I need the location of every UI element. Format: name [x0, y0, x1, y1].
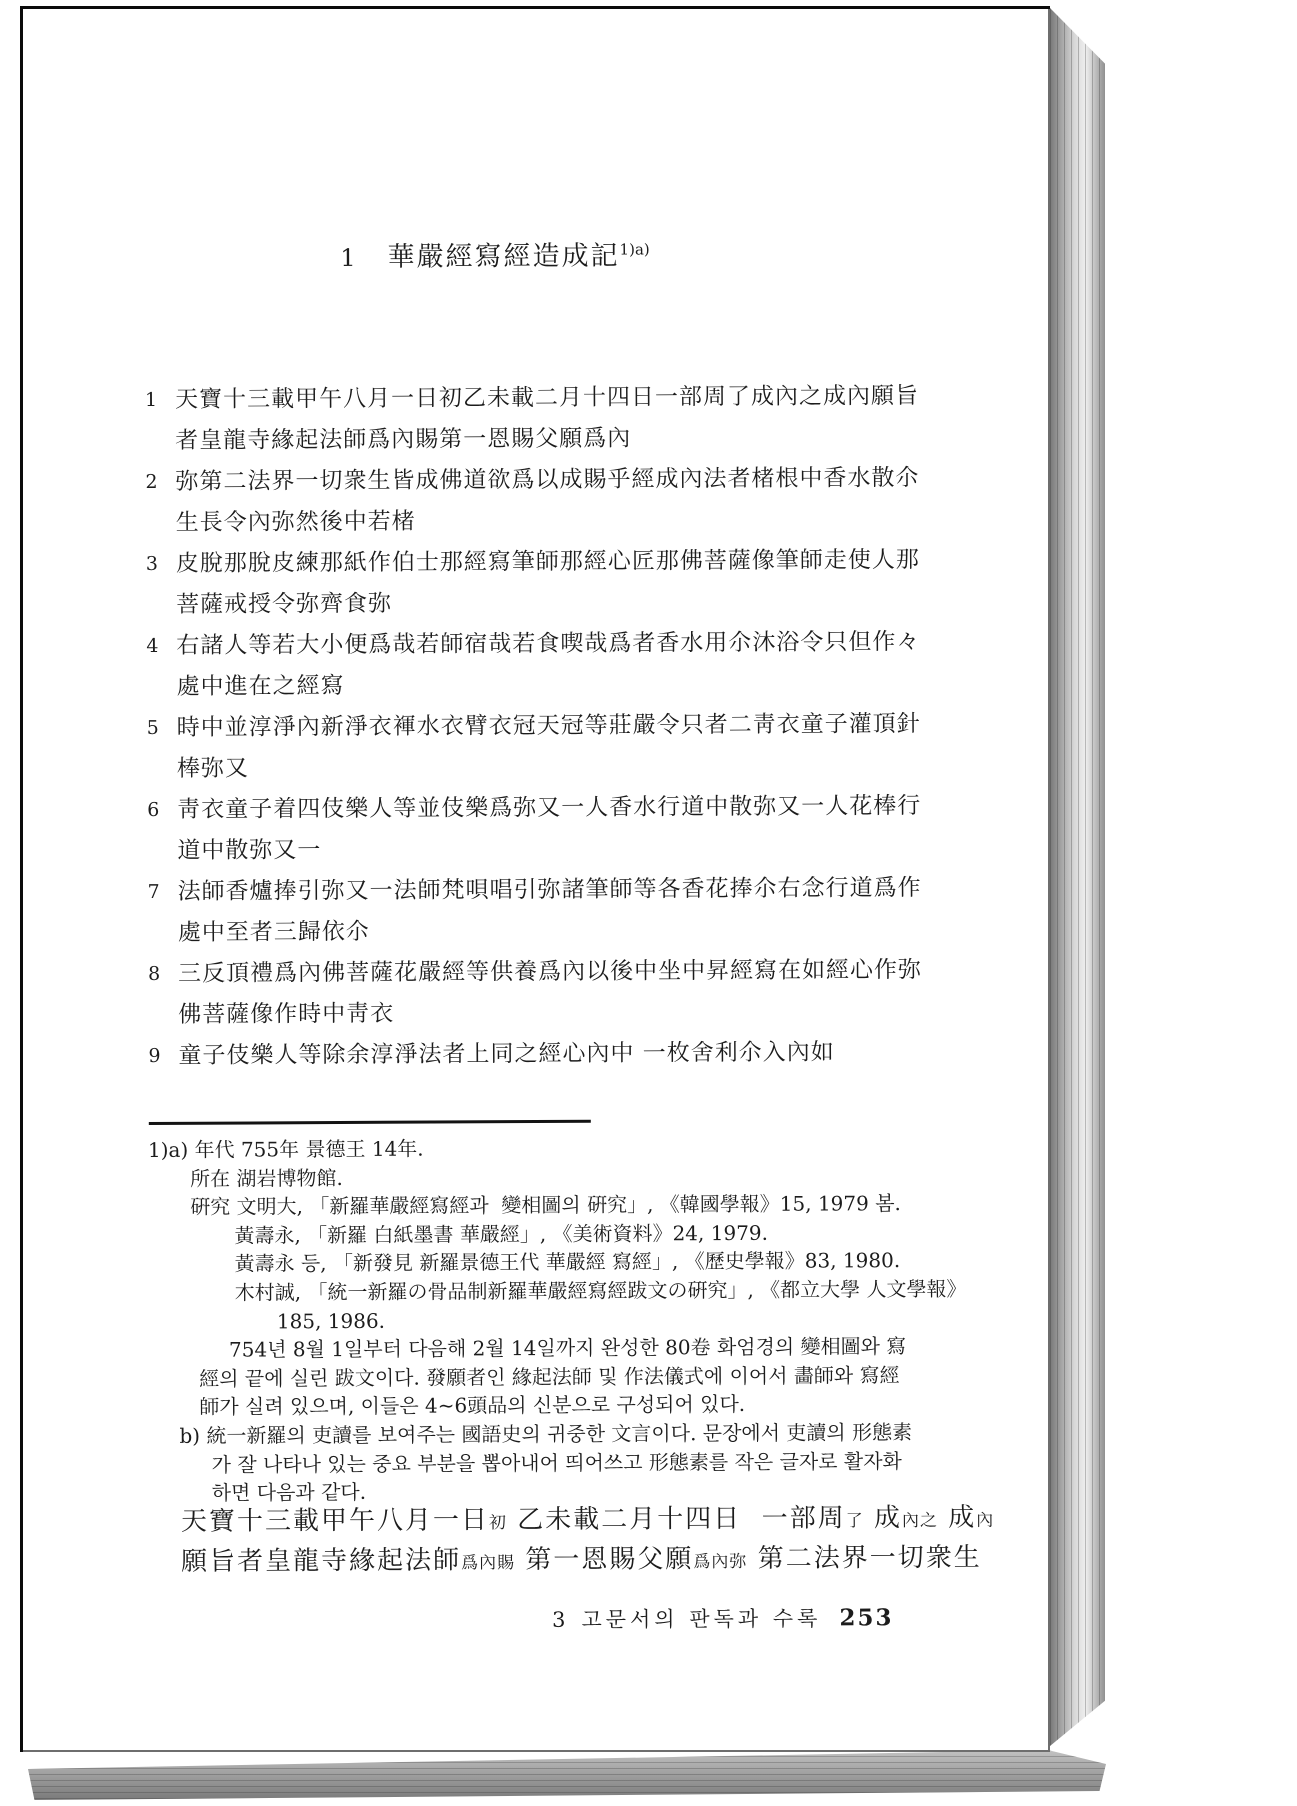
title-footnote-marker: 1)a): [619, 240, 649, 258]
entry-line: 皮脫那脫皮練那紙作伯士那經寫筆師那經心匠那佛菩薩像筆師走使人那: [176, 540, 946, 585]
entry-line: 棒弥又: [177, 745, 947, 790]
example-line: 天寶十三載甲午八月一日初 乙未載二月十四日 一部周了 成內之 成內: [181, 1499, 1061, 1544]
entry-number: 6: [147, 790, 177, 872]
entry-6: 6靑衣童子着四伎樂人等並伎樂爲弥又一人香水行道中散弥又一人花棒行道中散弥又一: [147, 786, 947, 872]
entry-lines: 靑衣童子着四伎樂人等並伎樂爲弥又一人香水行道中散弥又一人花棒行道中散弥又一: [177, 786, 947, 872]
entry-line: 時中並淳淨內新淨衣褌水衣臂衣冠天冠等莊嚴令只者二靑衣童子灌頂針: [177, 704, 947, 749]
entry-line: 佛菩薩像作時中靑衣: [178, 991, 948, 1036]
idu-morpheme-small: 了: [846, 1511, 864, 1531]
entry-lines: 皮脫那脫皮練那紙作伯士那經寫筆師那經心匠那佛菩薩像筆師走使人那菩薩戒授令弥齊食弥: [176, 540, 946, 626]
entry-number: 5: [147, 708, 177, 790]
entry-line: 右諸人等若大小便爲哉若師宿哉若食喫哉爲者香水用尒沐浴令只但作々: [176, 622, 946, 667]
entry-7: 7法師香爐捧引弥又一法師梵唄唱引弥諸筆師等各香花捧尒右念行道爲作處中至者三歸依尒: [148, 868, 948, 954]
example-text: 第一恩賜父願: [515, 1544, 693, 1575]
footnote-line: b) 統一新羅의 吏讀를 보여주는 國語史의 귀중한 文言이다. 문장에서 吏讀…: [179, 1417, 1029, 1450]
idu-morpheme-small: 爲內弥: [693, 1552, 747, 1572]
footnotes: 1)a) 年代 755年 景德王 14年.所在 湖岩博物館.硏究 文明大, 「新…: [148, 1131, 1030, 1507]
entry-number: 1: [145, 380, 175, 462]
entry-line: 三反頂禮爲內佛菩薩花嚴經等供養爲內以後中坐中昇經寫在如經心作弥: [178, 950, 948, 995]
example-text: 願旨者皇龍寺緣起法師: [181, 1545, 461, 1576]
entry-line: 者皇龍寺緣起法師爲內賜第一恩賜父願爲內: [175, 417, 945, 462]
entry-4: 4右諸人等若大小便爲哉若師宿哉若食喫哉爲者香水用尒沐浴令只但作々處中進在之經寫: [146, 622, 946, 708]
footnote-line: 754년 8월 1일부터 다음해 2월 14일까지 완성한 80卷 화엄경의 變…: [229, 1332, 1029, 1365]
entry-line: 弥第二法界一切衆生皆成佛道欲爲以成賜乎經成內法者楮根中香水散尒: [175, 458, 945, 503]
entry-line: 生長令內弥然後中若楮: [176, 499, 946, 544]
idu-example-block: 天寶十三載甲午八月一日初 乙未載二月十四日 一部周了 成內之 成內願旨者皇龍寺緣…: [181, 1499, 1061, 1584]
idu-morpheme-small: 初: [489, 1513, 507, 1533]
entry-line: 處中進在之經寫: [176, 663, 946, 708]
entry-line: 天寶十三載甲午八月一日初乙未載二月十四日一部周了成內之成內願旨: [175, 376, 945, 421]
title-section-number: 1: [340, 244, 357, 272]
book-page-stack-right-edge: [1050, 8, 1105, 1746]
running-footer: 3고문서의 판독과 수록253: [493, 1602, 893, 1634]
scanned-book-page: 1華嚴經寫經造成記1)a) 1天寶十三載甲午八月一日初乙未載二月十四日一部周了成…: [0, 0, 1297, 1806]
footnote-line: 木村誠, 「統一新羅の骨品制新羅華嚴經寫經跋文の硏究」, 《都立大學 人文學報》: [235, 1274, 1029, 1307]
example-text: 成: [938, 1503, 976, 1533]
entry-2: 2弥第二法界一切衆生皆成佛道欲爲以成賜乎經成內法者楮根中香水散尒生長令內弥然後中…: [145, 458, 945, 544]
entry-line: 法師香爐捧引弥又一法師梵唄唱引弥諸筆師等各香花捧尒右念行道爲作: [178, 868, 948, 913]
entry-line: 處中至者三歸依尒: [178, 909, 948, 954]
footer-page-number: 253: [839, 1604, 893, 1631]
entry-5: 5時中並淳淨內新淨衣褌水衣臂衣冠天冠等莊嚴令只者二靑衣童子灌頂針棒弥又: [147, 704, 947, 790]
footnote-line: 黃壽永, 「新羅 白紙墨書 華嚴經」, 《美術資料》24, 1979.: [234, 1217, 1028, 1250]
entry-number: 4: [146, 626, 176, 708]
entry-lines: 法師香爐捧引弥又一法師梵唄唱引弥諸筆師等各香花捧尒右念行道爲作處中至者三歸依尒: [178, 868, 948, 954]
book-page-stack-bottom-edge: [28, 1750, 1106, 1800]
idu-morpheme-small: 爲內賜: [461, 1553, 515, 1573]
page-content: 1華嚴經寫經造成記1)a) 1天寶十三載甲午八月一日初乙未載二月十四日一部周了成…: [15, 3, 1054, 1754]
entry-number: 7: [148, 872, 178, 954]
footnote-line: 經의 끝에 실린 跋文이다. 發願者인 緣起法師 및 作法儀式에 이어서 畵師와…: [199, 1360, 1029, 1393]
entry-line: 童子伎樂人等除余淳淨法者上同之經心內中 一枚舍利尒入內如: [178, 1032, 948, 1077]
entry-number: 8: [148, 954, 178, 1036]
entry-number: 3: [146, 544, 176, 626]
entry-3: 3皮脫那脫皮練那紙作伯士那經寫筆師那經心匠那佛菩薩像筆師走使人那菩薩戒授令弥齊食…: [146, 540, 946, 626]
example-text: 乙未載二月十四日 一部周: [507, 1503, 846, 1535]
entry-8: 8三反頂禮爲內佛菩薩花嚴經等供養爲內以後中坐中昇經寫在如經心作弥佛菩薩像作時中靑…: [148, 950, 948, 1036]
example-text: 第二法界一切衆生: [747, 1543, 981, 1574]
entry-9: 9童子伎樂人等除余淳淨法者上同之經心內中 一枚舍利尒入內如: [148, 1032, 948, 1077]
footnote-rule: [149, 1120, 591, 1125]
footnote-line: 1)a) 年代 755年 景德王 14年.: [148, 1131, 1028, 1164]
entry-number: 9: [148, 1036, 178, 1077]
page: 1華嚴經寫經造成記1)a) 1天寶十三載甲午八月一日初乙未載二月十四日一部周了成…: [20, 6, 1050, 1752]
footnote-line: 所在 湖岩博物館.: [190, 1160, 1028, 1193]
entry-lines: 童子伎樂人等除余淳淨法者上同之經心內中 一枚舍利尒入內如: [178, 1032, 948, 1077]
example-line: 願旨者皇龍寺緣起法師爲內賜 第一恩賜父願爲內弥 第二法界一切衆生: [181, 1539, 1061, 1584]
entry-lines: 天寶十三載甲午八月一日初乙未載二月十四日一部周了成內之成內願旨者皇龍寺緣起法師爲…: [175, 376, 945, 462]
footnote-line: 가 잘 나타나 있는 중요 부분을 뽑아내어 띄어쓰고 形態素를 작은 글자로 …: [212, 1446, 1030, 1479]
entry-line: 道中散弥又一: [177, 827, 947, 872]
title-text: 華嚴經寫經造成記: [387, 241, 619, 273]
entry-number: 2: [145, 462, 175, 544]
idu-morpheme-small: 內之: [902, 1511, 938, 1531]
footer-section-title: 고문서의 판독과 수록: [581, 1607, 821, 1632]
page-title: 1華嚴經寫經造成記1)a): [340, 233, 650, 274]
entry-1: 1天寶十三載甲午八月一日初乙未載二月十四日一部周了成內之成內願旨者皇龍寺緣起法師…: [145, 376, 945, 462]
footnote-line: 185, 1986.: [277, 1303, 1029, 1336]
footer-section-number: 3: [552, 1608, 566, 1632]
footnote-line: 師가 실려 있으며, 이들은 4~6頭品의 신분으로 구성되어 있다.: [199, 1389, 1029, 1422]
idu-morpheme-small: 內: [976, 1511, 994, 1531]
entry-lines: 弥第二法界一切衆生皆成佛道欲爲以成賜乎經成內法者楮根中香水散尒生長令內弥然後中若…: [175, 458, 945, 544]
entry-lines: 右諸人等若大小便爲哉若師宿哉若食喫哉爲者香水用尒沐浴令只但作々處中進在之經寫: [176, 622, 946, 708]
entry-lines: 三反頂禮爲內佛菩薩花嚴經等供養爲內以後中坐中昇經寫在如經心作弥佛菩薩像作時中靑衣: [178, 950, 948, 1036]
footnote-line: 硏究 文明大, 「新羅華嚴經寫經과 變相圖의 硏究」, 《韓國學報》15, 19…: [190, 1189, 1028, 1222]
entry-line: 菩薩戒授令弥齊食弥: [176, 581, 946, 626]
transcription-entries: 1天寶十三載甲午八月一日初乙未載二月十四日一部周了成內之成內願旨者皇龍寺緣起法師…: [145, 376, 949, 1077]
example-text: 成: [864, 1503, 902, 1533]
entry-line: 靑衣童子着四伎樂人等並伎樂爲弥又一人香水行道中散弥又一人花棒行: [177, 786, 947, 831]
entry-lines: 時中並淳淨內新淨衣褌水衣臂衣冠天冠等莊嚴令只者二靑衣童子灌頂針棒弥又: [177, 704, 947, 790]
example-text: 天寶十三載甲午八月一日: [181, 1505, 489, 1537]
footnote-line: 黃壽永 등, 「新發見 新羅景德王代 華嚴經 寫經」, 《歷史學報》83, 19…: [234, 1246, 1028, 1279]
